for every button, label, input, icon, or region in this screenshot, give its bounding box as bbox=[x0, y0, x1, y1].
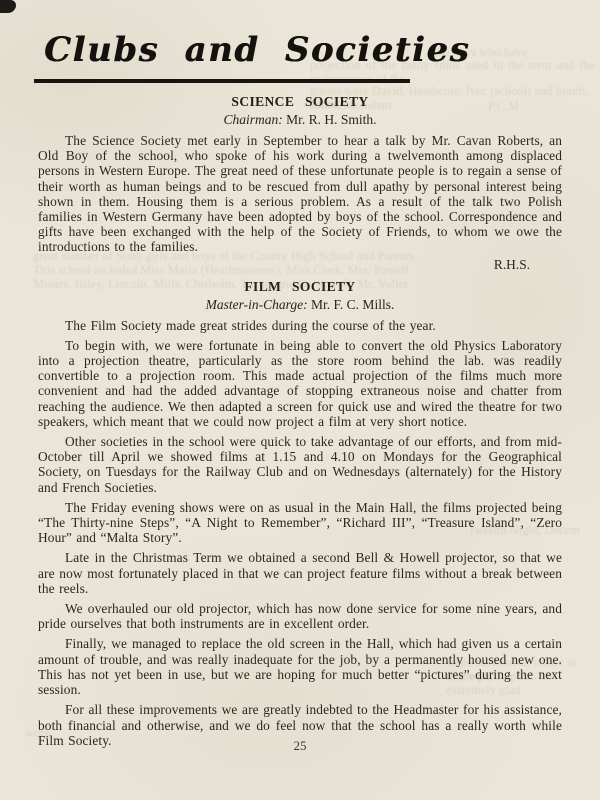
section-heading-film-society: FILM SOCIETY bbox=[38, 279, 562, 295]
film-society-paragraph: Late in the Christmas Term we obtained a… bbox=[38, 550, 562, 596]
byline-person-name: Mr. F. C. Mills. bbox=[311, 297, 394, 312]
page-title: Clubs and Societies bbox=[44, 30, 470, 70]
film-society-paragraph: The Film Society made great strides duri… bbox=[38, 318, 562, 333]
masthead-underline bbox=[34, 79, 410, 83]
byline-role-label: Chairman: bbox=[223, 112, 282, 127]
film-society-paragraph: The Friday evening shows were on as usua… bbox=[38, 500, 562, 546]
scan-corner-mark bbox=[0, 0, 16, 13]
film-society-byline: Master-in-Charge: Mr. F. C. Mills. bbox=[38, 297, 562, 313]
film-society-paragraph: Finally, we managed to replace the old s… bbox=[38, 636, 562, 697]
page-number: 25 bbox=[0, 738, 600, 754]
byline-person-name: Mr. R. H. Smith. bbox=[286, 112, 376, 127]
film-society-paragraph: Other societies in the school were quick… bbox=[38, 434, 562, 495]
science-society-signature: R.H.S. bbox=[38, 257, 562, 273]
film-society-paragraph: To begin with, we were fortunate in bein… bbox=[38, 338, 562, 429]
section-heading-science-society: SCIENCE SOCIETY bbox=[38, 94, 562, 110]
film-society-paragraph: We overhauled our old projector, which h… bbox=[38, 601, 562, 631]
byline-role-label: Master-in-Charge: bbox=[206, 297, 308, 312]
science-society-byline: Chairman: Mr. R. H. Smith. bbox=[38, 112, 562, 128]
masthead: Clubs and Societies bbox=[44, 30, 470, 70]
science-society-paragraph: The Science Society met early in Septemb… bbox=[38, 133, 562, 255]
article-column: SCIENCE SOCIETY Chairman: Mr. R. H. Smit… bbox=[38, 88, 562, 748]
scanned-magazine-page: The boys who have projection of the many… bbox=[0, 0, 600, 800]
